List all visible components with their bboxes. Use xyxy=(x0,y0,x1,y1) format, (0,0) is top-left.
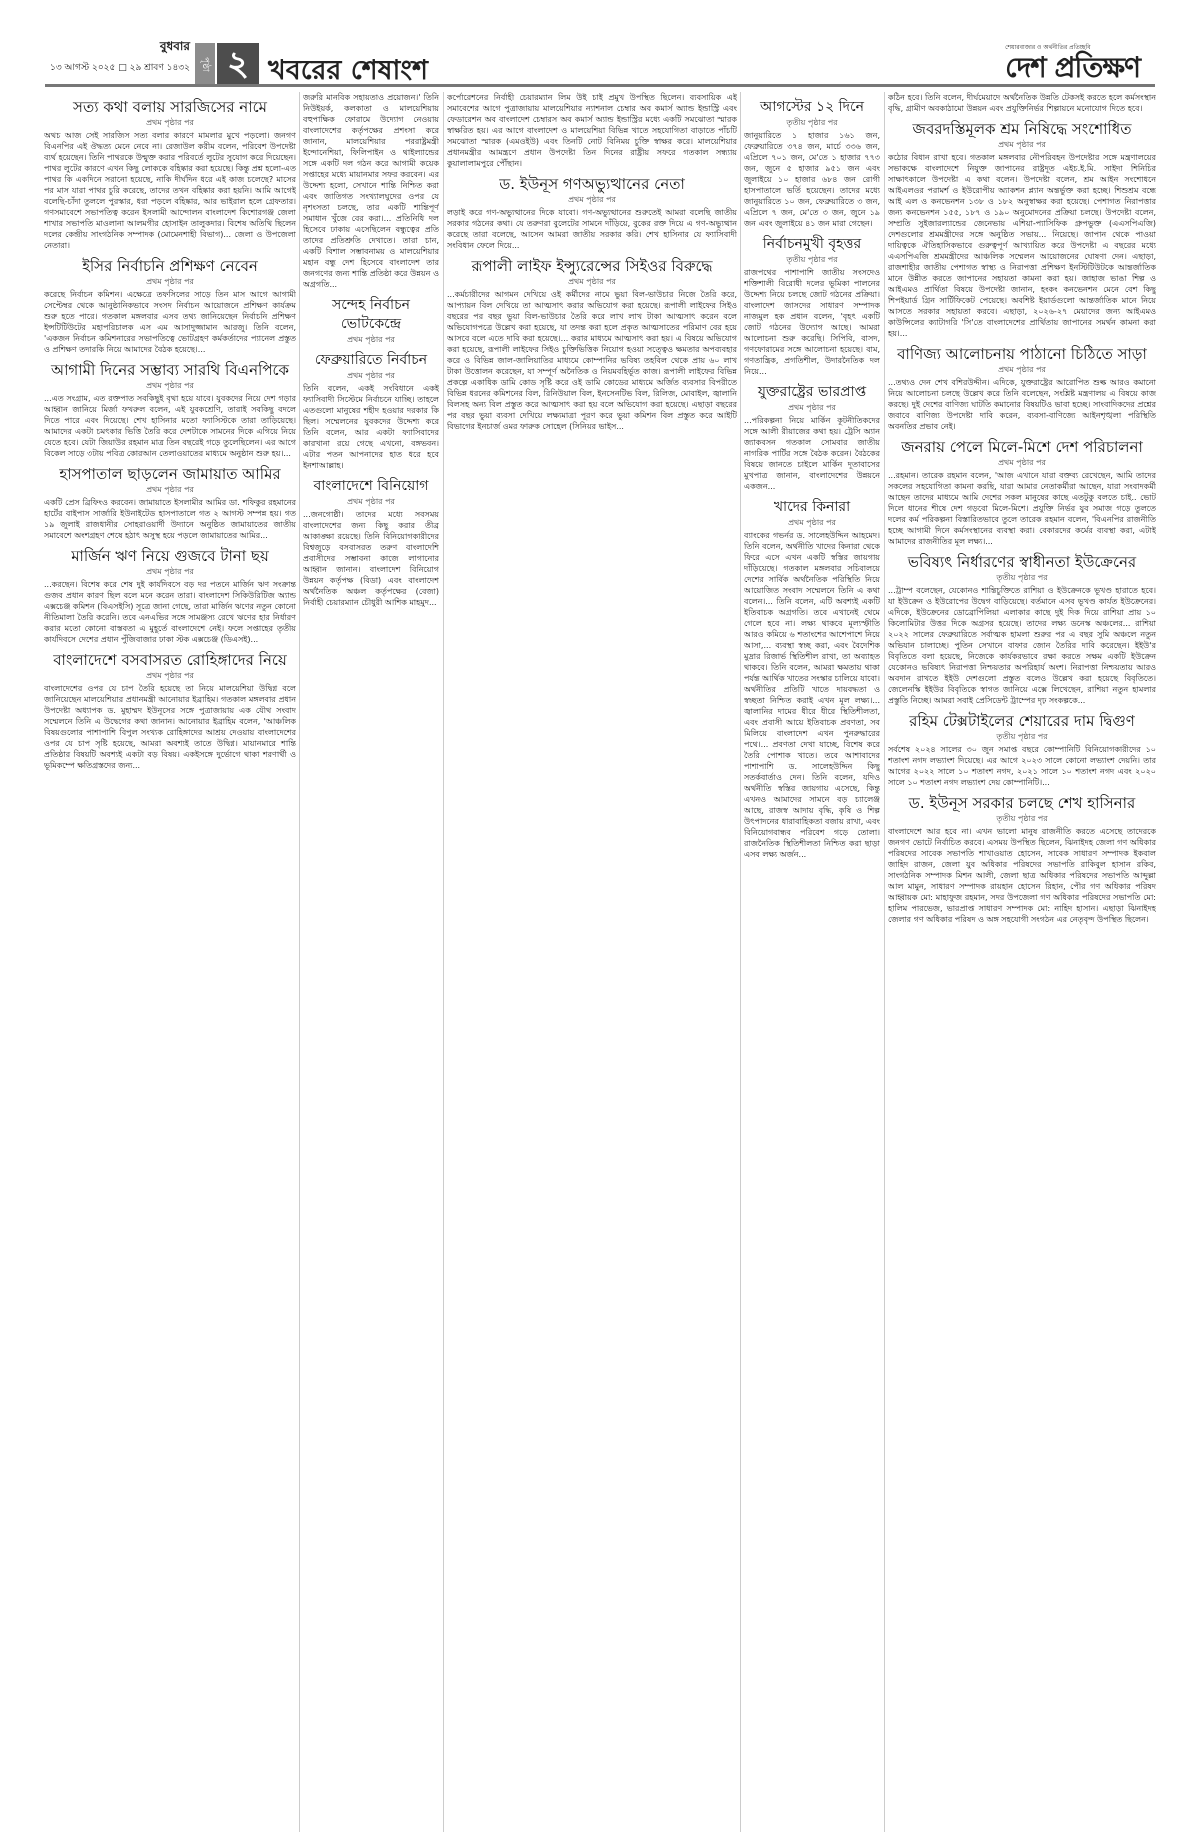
article-body: ...রহমান। তারেক রহমান বলেন, 'আজ এখানে যা… xyxy=(888,470,1156,547)
article-body: বাংলাদেশের ওপর যে চাপ তৈরি হয়েছে তা নিয… xyxy=(44,683,296,771)
issue-date: ১৩ আগস্ট ২০২৫ □ ২৯ শ্রাবণ ১৪৩২ xyxy=(50,60,190,75)
article-headline: বাংলাদেশে বিনিয়োগ xyxy=(303,477,439,496)
continued-from-label: প্রথম পৃষ্ঠার পর xyxy=(888,139,1156,150)
newspaper-logo: শেয়ারবাজার ও অর্থনীতির প্রতিচ্ছবি দেশ প… xyxy=(1005,42,1140,83)
continued-from-label: প্রথম পৃষ্ঠার পর xyxy=(888,364,1156,375)
column-divider xyxy=(443,92,444,1832)
column-3: কর্পোরেশনের নির্বাহী চেয়ারম্যান লিম উই … xyxy=(447,92,737,1832)
article-headline: বাংলাদেশে বসবাসরত রোহিঙ্গাদের নিয়ে xyxy=(44,651,296,670)
column-divider xyxy=(740,92,741,1832)
article: জনরায় পেলে মিলে-মিশে দেশ পরিচালনাপ্রথম … xyxy=(888,438,1156,547)
article-headline: বাণিজ্য আলোচনায় পাঠানো চিঠিতে সাড়া xyxy=(888,345,1156,364)
article: নির্বাচনমুখী বৃহত্তরতৃতীয় পৃষ্ঠার পররাজ… xyxy=(744,235,880,377)
article-headline: জবরদস্তিমূলক শ্রম নিষিদ্ধে সংশোধিত xyxy=(888,120,1156,139)
continued-from-label: প্রথম পৃষ্ঠার পর xyxy=(44,670,296,681)
continued-from-label: প্রথম পৃষ্ঠার পর xyxy=(44,380,296,391)
article-headline: ফেব্রুয়ারিতে নির্বাচন xyxy=(303,351,439,370)
continued-from-label: প্রথম পৃষ্ঠার পর xyxy=(44,484,296,495)
column-5: কঠিন হবে। তিনি বলেন, দীর্ঘমেয়াদে অর্থনৈ… xyxy=(888,92,1156,1832)
article-body: কঠোর বিধান রাখা হবে। গতকাল মঙ্গলবার নৌপর… xyxy=(888,152,1156,339)
continued-from-label: তৃতীয় পৃষ্ঠার পর xyxy=(888,731,1156,742)
article-body: কঠিন হবে। তিনি বলেন, দীর্ঘমেয়াদে অর্থনৈ… xyxy=(888,92,1156,114)
article: আগস্টের ১২ দিনেতৃতীয় পৃষ্ঠার পরজানুয়ার… xyxy=(744,98,880,229)
article-headline: যুক্তরাষ্ট্রের ভারপ্রাপ্ত xyxy=(744,383,880,402)
masthead: বুধবার ১৩ আগস্ট ২০২৫ □ ২৯ শ্রাবণ ১৪৩২ পৃ… xyxy=(0,30,1200,85)
article: সত্য কথা বলায় সারজিসের নামেপ্রথম পৃষ্ঠা… xyxy=(44,98,296,251)
article: ড. ইউনূস সরকার চলছে শেখ হাসিনারতৃতীয় পৃ… xyxy=(888,794,1156,925)
column-divider xyxy=(299,92,300,1832)
article: হাসপাতাল ছাড়লেন জামায়াত আমিরপ্রথম পৃষ্… xyxy=(44,465,296,541)
article-headline: আগস্টের ১২ দিনে xyxy=(744,98,880,117)
continued-from-label: প্রথম পৃষ্ঠার পর xyxy=(44,117,296,128)
article-body: ...পরিকল্পনা নিয়ে মার্কিন কূটনীতিকদের স… xyxy=(744,415,880,492)
article: রূপালী লাইফ ইন্স্যুরেন্সের সিইওর বিরুদ্ধ… xyxy=(447,257,737,432)
article-headline: ড. ইউনূস সরকার চলছে শেখ হাসিনার xyxy=(888,794,1156,813)
article: মার্জিন ঋণ নিয়ে গুজবে টানা ছয়প্রথম পৃষ… xyxy=(44,547,296,645)
article-body: ব্যাংকের গভর্নর ড. সালেহউদ্দিন আহমেদ। তি… xyxy=(744,530,880,860)
page-number: ২ xyxy=(217,43,259,85)
article-headline: ড. ইউনূস গণঅভ্যুত্থানের নেতা xyxy=(447,175,737,194)
continued-from-label: তৃতীয় পৃষ্ঠার পর xyxy=(888,813,1156,824)
article-body: তিনি বলেন, একই সংবিধানে একই ফ্যাসিবাদী স… xyxy=(303,383,439,471)
article-body: বাংলাদেশে আর হবে না। এখন ভালো মানুষ রাজন… xyxy=(888,826,1156,925)
article-body: ...কর্মচারীদের আগমন দেখিয়ে ওই কর্মীদের … xyxy=(447,289,737,432)
section-title: খবরের শেষাংশ xyxy=(268,50,428,95)
article-body: ...তথ্যও দেন শেখ বশিরউদ্দীন। এদিকে, যুক্… xyxy=(888,377,1156,432)
article-headline: ইসির নির্বাচনি প্রশিক্ষণ নেবেন xyxy=(44,257,296,276)
column-2: জরুরি মানবিক সহায়তাও প্রয়োজন।' তিনি নি… xyxy=(303,92,439,1832)
article-headline: মার্জিন ঋণ নিয়ে গুজবে টানা ছয় xyxy=(44,547,296,566)
column-divider xyxy=(884,92,885,1832)
article-body: একটি প্রেস ব্রিফিংও করবেন। জামায়াতে ইসল… xyxy=(44,497,296,541)
continued-from-label: তৃতীয় পৃষ্ঠার পর xyxy=(744,254,880,265)
column-1: সত্য কথা বলায় সারজিসের নামেপ্রথম পৃষ্ঠা… xyxy=(44,92,296,1832)
article: ইসির নির্বাচনি প্রশিক্ষণ নেবেনপ্রথম পৃষ্… xyxy=(44,257,296,355)
article: যুক্তরাষ্ট্রের ভারপ্রাপ্তপ্রথম পৃষ্ঠার প… xyxy=(744,383,880,492)
article: আগামী দিনের সম্ভাব্য সারথি বিএনপিকেপ্রথম… xyxy=(44,361,296,459)
article-body: জানুয়ারিতে ১ হাজার ১৬১ জন, ফেব্রুয়ারিত… xyxy=(744,130,880,229)
article: জরুরি মানবিক সহায়তাও প্রয়োজন।' তিনি নি… xyxy=(303,92,439,290)
date-block: বুধবার ১৩ আগস্ট ২০২৫ □ ২৯ শ্রাবণ ১৪৩২ xyxy=(50,38,190,75)
continued-from-label: প্রথম পৃষ্ঠার পর xyxy=(447,276,737,287)
article-headline: নির্বাচনমুখী বৃহত্তর xyxy=(744,235,880,254)
article: কর্পোরেশনের নির্বাহী চেয়ারম্যান লিম উই … xyxy=(447,92,737,169)
article: জবরদস্তিমূলক শ্রম নিষিদ্ধে সংশোধিতপ্রথম … xyxy=(888,120,1156,339)
article-headline: রহিম টেক্সটাইলের শেয়ারের দাম দ্বিগুণ xyxy=(888,712,1156,731)
article-headline: খাদের কিনারা xyxy=(744,498,880,517)
article-body: লড়াই করে গণ-অভ্যুত্থানের দিকে যাবো। গণ-… xyxy=(447,207,737,251)
article-body: করেছে নির্বাচন কমিশন। এক্ষেত্রে তফসিলের … xyxy=(44,289,296,355)
continued-from-label: প্রথম পৃষ্ঠার পর xyxy=(303,496,439,507)
continued-from-label: প্রথম পৃষ্ঠার পর xyxy=(744,402,880,413)
article-body: ...করছেন। বিশেষ করে শেষ দুই কার্যদিবসে ব… xyxy=(44,579,296,645)
continued-from-label: প্রথম পৃষ্ঠার পর xyxy=(303,370,439,381)
continued-from-label: তৃতীয় পৃষ্ঠার পর xyxy=(744,117,880,128)
article: সন্দেহ নির্বাচন ভোটকেন্দ্রেপ্রথম পৃষ্ঠার… xyxy=(303,296,439,345)
article: ফেব্রুয়ারিতে নির্বাচনপ্রথম পৃষ্ঠার পরতি… xyxy=(303,351,439,471)
page-label: পৃষ্ঠা xyxy=(195,43,215,85)
continued-from-label: প্রথম পৃষ্ঠার পর xyxy=(44,566,296,577)
article-headline: সত্য কথা বলায় সারজিসের নামে xyxy=(44,98,296,117)
article-body: ...ট্রাম্প বলেছেন, যেকোনও শান্তিচুক্তিতে… xyxy=(888,585,1156,706)
article-body: জরুরি মানবিক সহায়তাও প্রয়োজন।' তিনি নি… xyxy=(303,92,439,290)
article-headline: আগামী দিনের সম্ভাব্য সারথি বিএনপিকে xyxy=(44,361,296,380)
article-body: ...জনগোষ্ঠী। তাদের মধ্যে সবসময় বাংলাদেশ… xyxy=(303,509,439,608)
weekday: বুধবার xyxy=(50,38,190,58)
continued-from-label: প্রথম পৃষ্ঠার পর xyxy=(303,334,439,345)
article-body: কর্পোরেশনের নির্বাহী চেয়ারম্যান লিম উই … xyxy=(447,92,737,169)
article-body: অথচ আজ সেই সারজিস সত্য বলার কারণে মামলার… xyxy=(44,130,296,251)
continued-from-label: প্রথম পৃষ্ঠার পর xyxy=(44,276,296,287)
article-body: রাজপথের পাশাপাশি জাতীয় সংসদেও শক্তিশালী… xyxy=(744,267,880,377)
continued-from-label: তৃতীয় পৃষ্ঠার পর xyxy=(888,572,1156,583)
article-headline: ভবিষ্যৎ নির্ধারণের স্বাধীনতা ইউক্রেনের xyxy=(888,553,1156,572)
article: বাংলাদেশে বিনিয়োগপ্রথম পৃষ্ঠার পর...জনগ… xyxy=(303,477,439,608)
article: রহিম টেক্সটাইলের শেয়ারের দাম দ্বিগুণতৃত… xyxy=(888,712,1156,788)
article-body: ...এত সংগ্রাম, এত রক্তপাত সবকিছুই বৃথা হ… xyxy=(44,393,296,459)
logo-name: দেশ প্রতিক্ষণ xyxy=(1005,53,1140,83)
article-headline: সন্দেহ নির্বাচন ভোটকেন্দ্রে xyxy=(303,296,439,334)
header-divider xyxy=(45,84,1155,87)
article: বাণিজ্য আলোচনায় পাঠানো চিঠিতে সাড়াপ্রথ… xyxy=(888,345,1156,432)
article-headline: হাসপাতাল ছাড়লেন জামায়াত আমির xyxy=(44,465,296,484)
continued-from-label: প্রথম পৃষ্ঠার পর xyxy=(888,457,1156,468)
article: ভবিষ্যৎ নির্ধারণের স্বাধীনতা ইউক্রেনেরতৃ… xyxy=(888,553,1156,706)
column-4: আগস্টের ১২ দিনেতৃতীয় পৃষ্ঠার পরজানুয়ার… xyxy=(744,92,880,1832)
article-body: সর্বশেষ ২০২৪ সালের ৩০ জুন সমাপ্ত বছরে কো… xyxy=(888,744,1156,788)
article: বাংলাদেশে বসবাসরত রোহিঙ্গাদের নিয়েপ্রথম… xyxy=(44,651,296,771)
article: কঠিন হবে। তিনি বলেন, দীর্ঘমেয়াদে অর্থনৈ… xyxy=(888,92,1156,114)
article-headline: জনরায় পেলে মিলে-মিশে দেশ পরিচালনা xyxy=(888,438,1156,457)
article: ড. ইউনূস গণঅভ্যুত্থানের নেতাপ্রথম পৃষ্ঠা… xyxy=(447,175,737,251)
continued-from-label: প্রথম পৃষ্ঠার পর xyxy=(744,517,880,528)
article: খাদের কিনারাপ্রথম পৃষ্ঠার পরব্যাংকের গভর… xyxy=(744,498,880,860)
article-headline: রূপালী লাইফ ইন্স্যুরেন্সের সিইওর বিরুদ্ধ… xyxy=(447,257,737,276)
continued-from-label: প্রথম পৃষ্ঠার পর xyxy=(447,194,737,205)
